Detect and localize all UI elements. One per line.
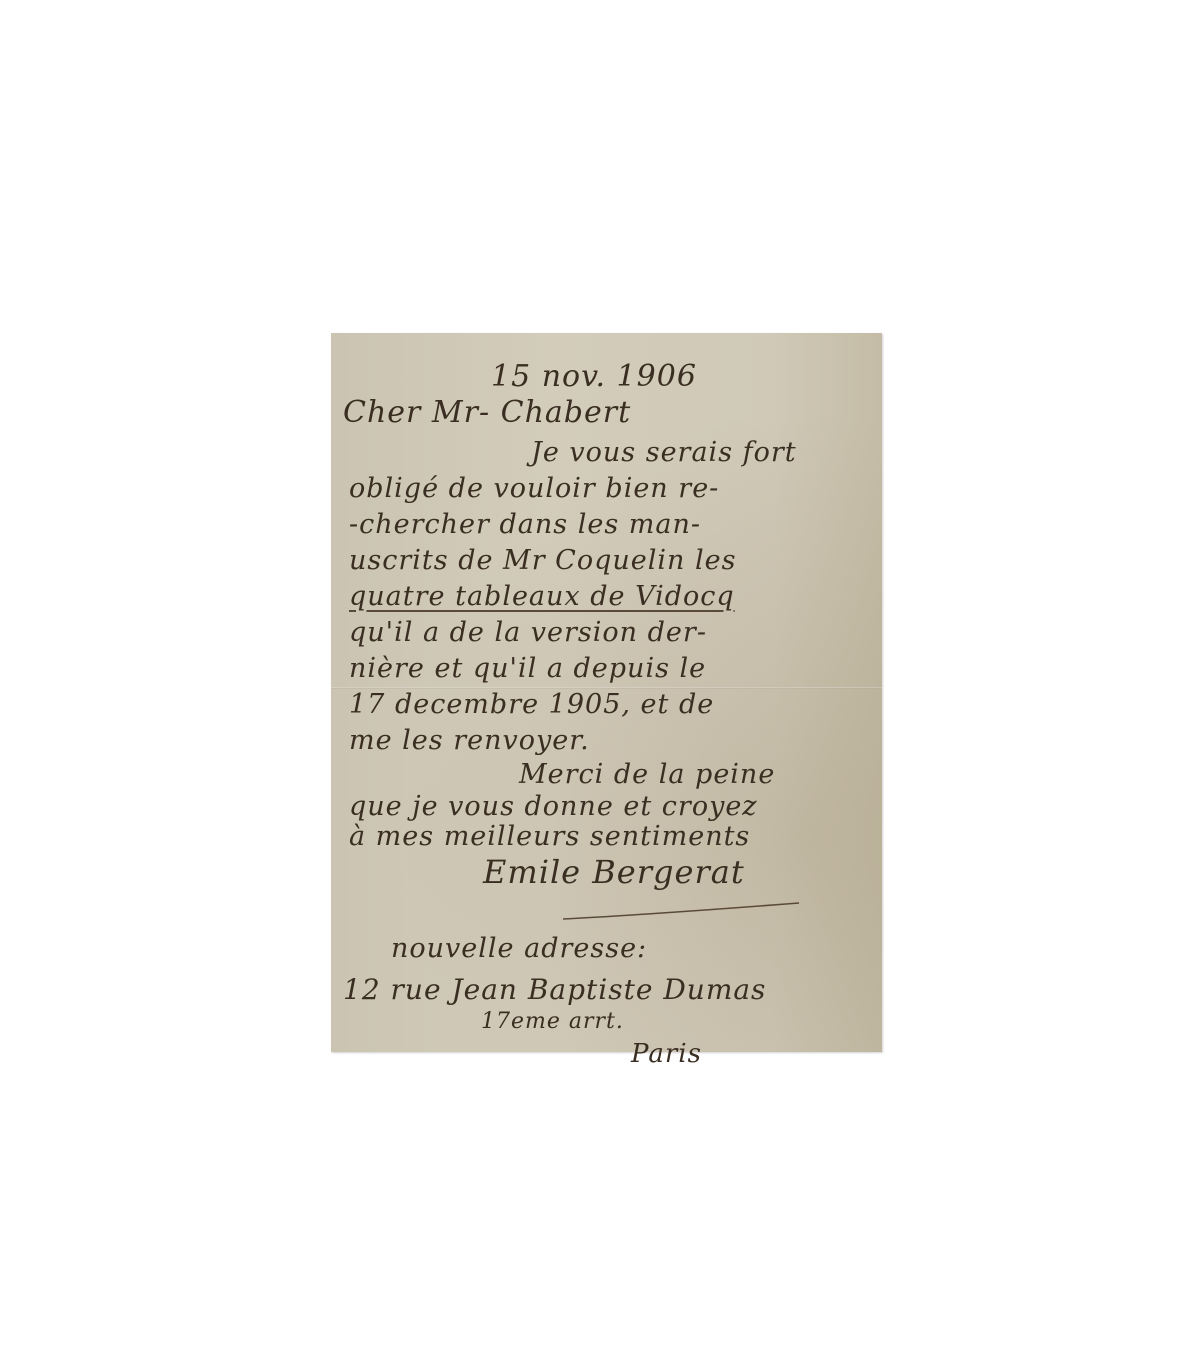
body-line: Je vous serais fort bbox=[531, 437, 797, 468]
body-line: me les renvoyer. bbox=[349, 725, 590, 756]
signature: Emile Bergerat bbox=[483, 853, 745, 891]
signature-flourish-icon bbox=[561, 901, 801, 921]
letter-salutation: Cher Mr- Chabert bbox=[343, 395, 631, 430]
letter-sheet: 15 nov. 1906 Cher Mr- Chabert Je vous se… bbox=[331, 333, 882, 1052]
body-line: obligé de vouloir bien re- bbox=[349, 473, 719, 504]
address-label: nouvelle adresse: bbox=[391, 933, 647, 964]
address-street: 12 rue Jean Baptiste Dumas bbox=[343, 973, 766, 1006]
letter-date: 15 nov. 1906 bbox=[491, 359, 697, 394]
address-arrondissement: 17eme arrt. bbox=[481, 1009, 624, 1034]
body-line: Merci de la peine bbox=[519, 759, 775, 790]
body-line: qu'il a de la version der- bbox=[349, 617, 707, 648]
body-line: nière et qu'il a depuis le bbox=[349, 653, 706, 684]
body-line: à mes meilleurs sentiments bbox=[349, 821, 750, 852]
body-line: uscrits de Mr Coquelin les bbox=[349, 545, 736, 576]
body-line: -chercher dans les man- bbox=[349, 509, 701, 540]
address-city: Paris bbox=[631, 1039, 702, 1069]
body-line: que je vous donne et croyez bbox=[349, 791, 758, 822]
body-line-underlined: quatre tableaux de Vidocq bbox=[349, 581, 735, 612]
body-line: 17 decembre 1905, et de bbox=[349, 689, 714, 720]
